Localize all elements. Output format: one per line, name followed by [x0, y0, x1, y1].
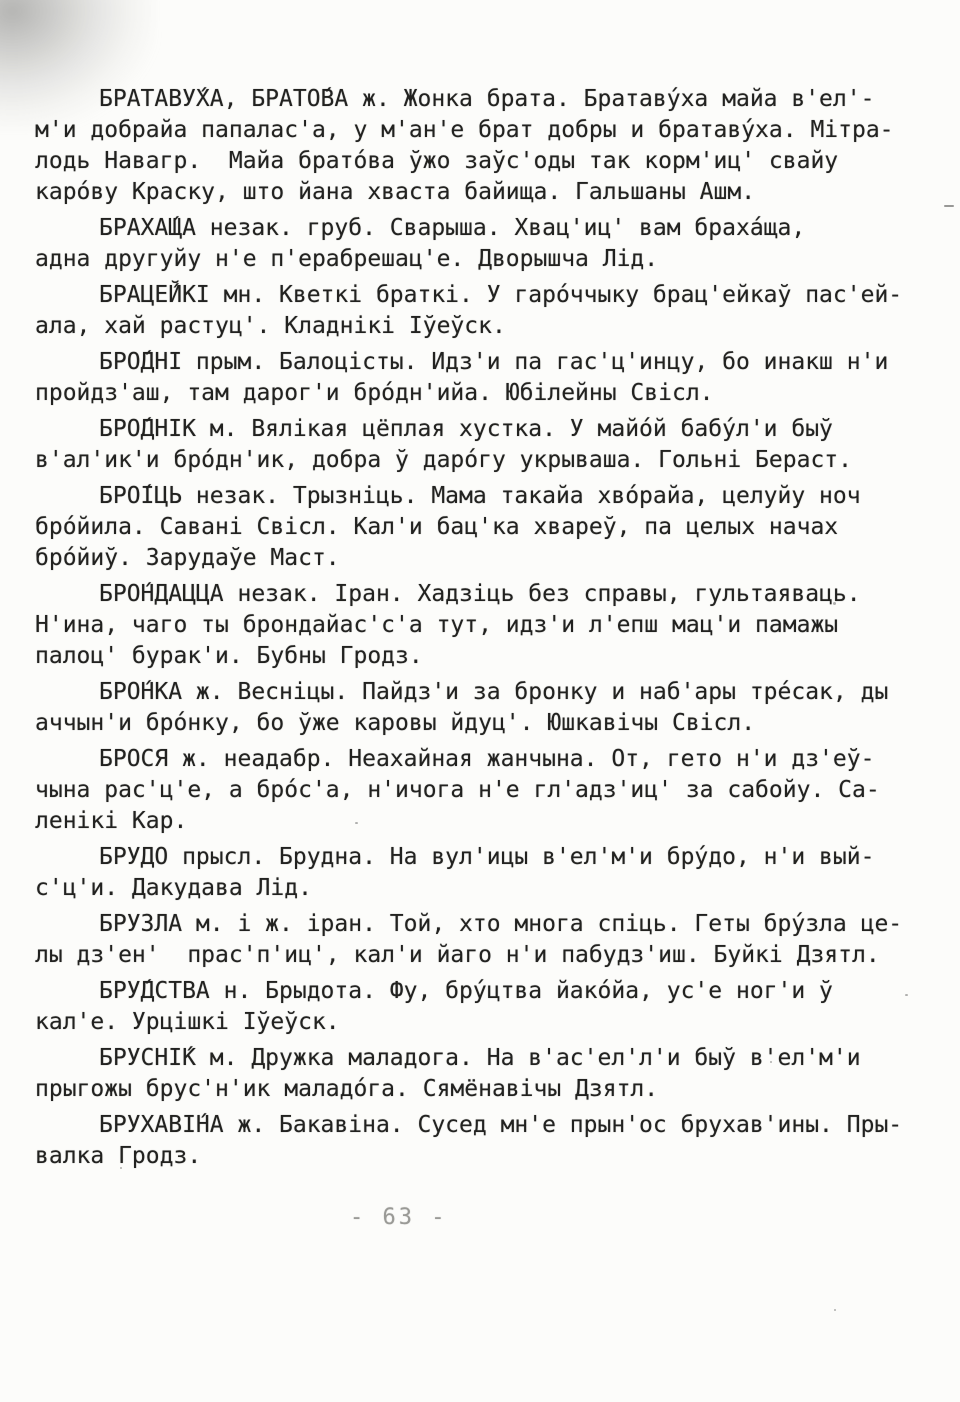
dictionary-entries: БРАТАВУ́ХА, БРАТО́ВА ж. Жонка брата. Бра…: [35, 84, 935, 1177]
entry-headword-line: БРО́НКА ж. Весніцы. Пайдз'и за бронку и …: [35, 677, 935, 708]
entry-headword-line: БРО́НДАЦЦА незак. Іран. Хадзіць без спра…: [35, 579, 935, 610]
entry-headword-line: БРУСНІ́К м. Дружка маладога. На в'ас'ел'…: [35, 1043, 935, 1074]
entry-line: м'и добрайа папалас'а, у м'ан'е брат доб…: [35, 115, 935, 146]
entry-line: с'ц'и. Дакудава Лід.: [35, 873, 935, 904]
dictionary-entry: БРАТАВУ́ХА, БРАТО́ВА ж. Жонка брата. Бра…: [35, 84, 935, 208]
entry-headword-line: БРАХА́ЩА незак. груб. Сварыша. Хвац'иц' …: [35, 213, 935, 244]
entry-line: валка Гродз.: [35, 1141, 935, 1172]
dictionary-entry: БРУЗЛА м. і ж. іран. Той, хто многа спіц…: [35, 909, 935, 971]
entry-headword-line: БРОСЯ ж. неадабр. Неахайная жанчына. От,…: [35, 744, 935, 775]
entry-line: Н'ина, чаго ты брондайас'с'а тут, идз'и …: [35, 610, 935, 641]
scanned-page: БРАТАВУ́ХА, БРАТО́ВА ж. Жонка брата. Бра…: [0, 0, 960, 1402]
entry-headword-line: БРУЗЛА м. і ж. іран. Той, хто многа спіц…: [35, 909, 935, 940]
dictionary-entry: БРАХА́ЩА незак. груб. Сварыша. Хвац'иц' …: [35, 213, 935, 275]
entry-line: адна другуйу н'е п'ерабрешац'е. Дворышча…: [35, 244, 935, 275]
dictionary-entry: БРУ́ДСТВА н. Брыдота. Фу, бру́цтва йако́…: [35, 976, 935, 1038]
scan-speck: [944, 205, 954, 207]
dictionary-entry: БРО́ДНІК м. Вялікая цёплая хустка. У май…: [35, 414, 935, 476]
entry-line: ленікі Кар.: [35, 806, 935, 837]
entry-line: аччын'и бро́нку, бо ўже каровы йдуц'. Юш…: [35, 708, 935, 739]
dictionary-entry: БРУХАВІ́НА ж. Бакавіна. Сусед мн'е прын'…: [35, 1110, 935, 1172]
entry-line: кал'е. Урцішкі Іўеўск.: [35, 1007, 935, 1038]
dictionary-entry: БРО́ІЦЬ незак. Трызніць. Мама такайа хво…: [35, 481, 935, 574]
entry-line: прыгожы брус'н'ик маладо́га. Сямёнавічы …: [35, 1074, 935, 1105]
entry-headword-line: БРО́ДНІ прым. Балоцісты. Идз'и па гас'ц'…: [35, 347, 935, 378]
dictionary-entry: БРУДО прысл. Брудна. На вул'ицы в'ел'м'и…: [35, 842, 935, 904]
entry-line: бро́йиў. Зарудаўе Маст.: [35, 543, 935, 574]
entry-headword-line: БРО́ДНІК м. Вялікая цёплая хустка. У май…: [35, 414, 935, 445]
dictionary-entry: БРО́ДНІ прым. Балоцісты. Идз'и па гас'ц'…: [35, 347, 935, 409]
entry-line: бро́йила. Савані Свісл. Кал'и бац'ка хва…: [35, 512, 935, 543]
entry-line: лы дз'ен' прас'п'иц', кал'и йаго н'и паб…: [35, 940, 935, 971]
entry-line: в'ал'ик'и бро́дн'ик, добра ў даро́гу укр…: [35, 445, 935, 476]
entry-line: каро́ву Краску, што йана хваста байища. …: [35, 177, 935, 208]
dictionary-entry: БРОСЯ ж. неадабр. Неахайная жанчына. От,…: [35, 744, 935, 837]
entry-line: пройдз'аш, там дарог'и бро́дн'ийа. Юбіле…: [35, 378, 935, 409]
entry-headword-line: БРО́ІЦЬ незак. Трызніць. Мама такайа хво…: [35, 481, 935, 512]
entry-line: чына рас'ц'е, а бро́с'а, н'ичога н'е гл'…: [35, 775, 935, 806]
page-number: - 63 -: [350, 1205, 447, 1230]
entry-line: ала, хай растуц'. Кладнікі Іўеўск.: [35, 311, 935, 342]
dictionary-entry: БРАЦЕ́ЙКІ мн. Кветкі браткі. У гаро́ччык…: [35, 280, 935, 342]
dictionary-entry: БРО́НДАЦЦА незак. Іран. Хадзіць без спра…: [35, 579, 935, 672]
entry-line: палоц' бурак'и. Бубны Гродз.: [35, 641, 935, 672]
entry-line: лодь Навагр. Майа брато́ва ўжо заўс'оды …: [35, 146, 935, 177]
entry-headword-line: БРУДО прысл. Брудна. На вул'ицы в'ел'м'и…: [35, 842, 935, 873]
entry-headword-line: БРУХАВІ́НА ж. Бакавіна. Сусед мн'е прын'…: [35, 1110, 935, 1141]
entry-headword-line: БРАЦЕ́ЙКІ мн. Кветкі браткі. У гаро́ччык…: [35, 280, 935, 311]
dictionary-entry: БРО́НКА ж. Весніцы. Пайдз'и за бронку и …: [35, 677, 935, 739]
scan-speck: [834, 1309, 836, 1311]
dictionary-entry: БРУСНІ́К м. Дружка маладога. На в'ас'ел'…: [35, 1043, 935, 1105]
entry-headword-line: БРАТАВУ́ХА, БРАТО́ВА ж. Жонка брата. Бра…: [35, 84, 935, 115]
entry-headword-line: БРУ́ДСТВА н. Брыдота. Фу, бру́цтва йако́…: [35, 976, 935, 1007]
